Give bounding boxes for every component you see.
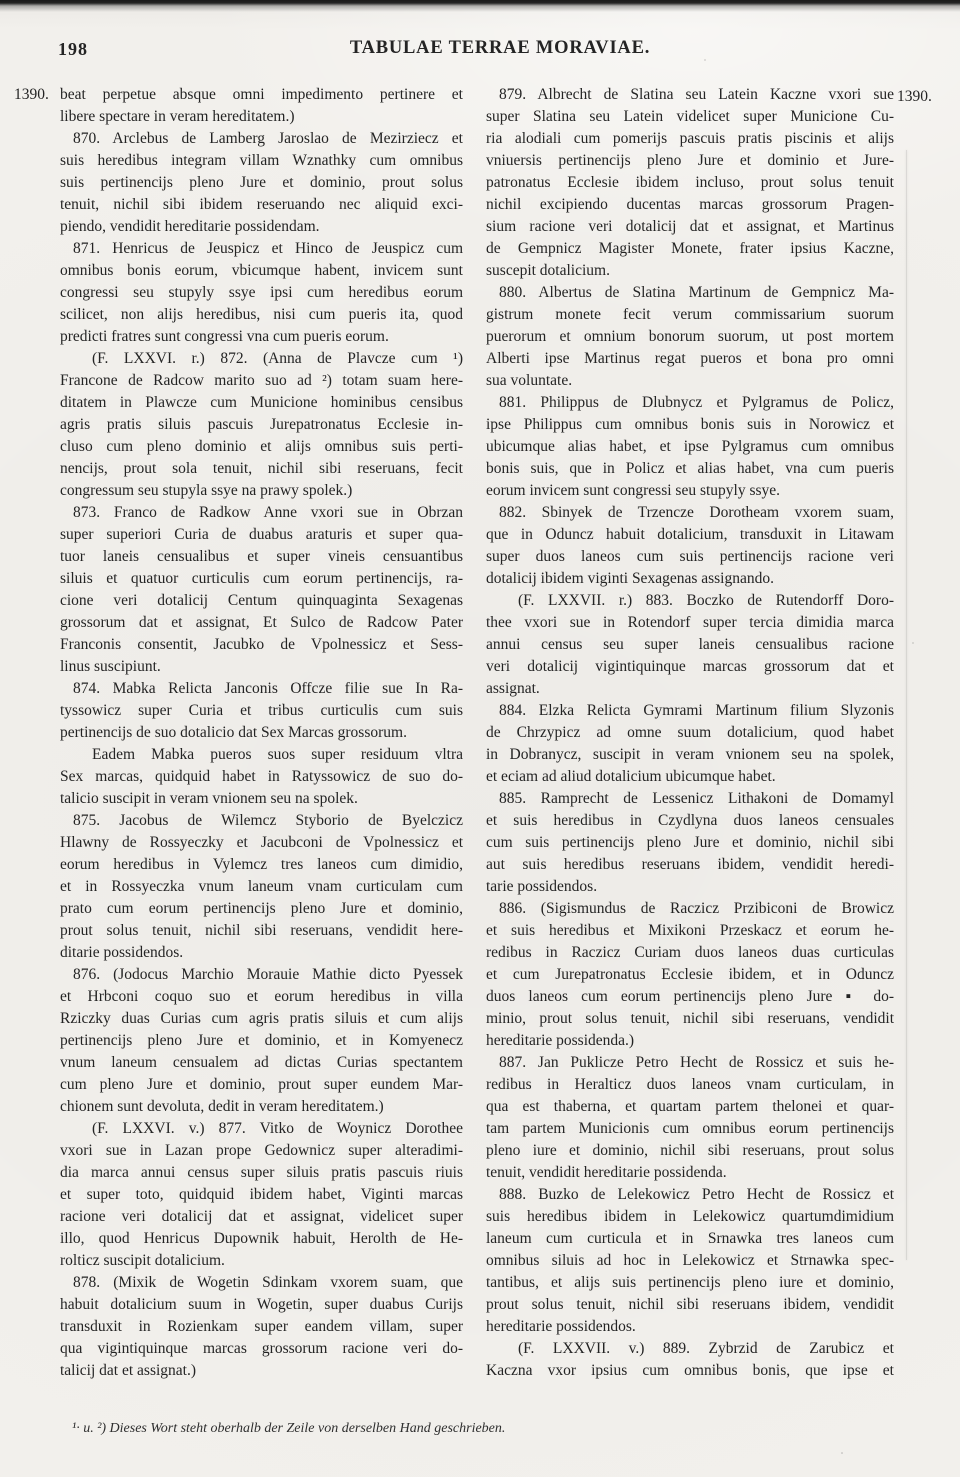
text-line: 886. (Sigismundus de Raczicz Przibiconi …: [486, 898, 894, 920]
text-line: super superiori Curia de duabus araturis…: [60, 524, 463, 546]
text-line: minio, prout solus tenuit, nichil sibi r…: [486, 1008, 894, 1030]
left-text-column: beat perpetue absque omni impedimento pe…: [60, 84, 463, 1382]
text-line: ubicumque alias habet, et ipse Pylgramus…: [486, 436, 894, 458]
text-line: vnum laneum censualem ad dictas Curias s…: [60, 1052, 463, 1074]
text-line: congressi seu stupyly ssye ipsi cum here…: [60, 282, 463, 304]
text-line: 879. Albrecht de Slatina seu Latein Kacz…: [486, 84, 894, 106]
text-line: duos laneos cum eorum pertinencijs pleno…: [486, 986, 894, 1008]
text-line: in Dobranycz, suscipit in veram vnionem …: [486, 744, 894, 766]
text-line: 875. Jacobus de Wilemcz Styborio de Byel…: [60, 810, 463, 832]
text-line: assignat.: [486, 678, 894, 700]
text-line: et super toto, quidquid ibidem habet, Vi…: [60, 1184, 463, 1206]
text-line: 881. Philippus de Dlubnycz et Pylgramus …: [486, 392, 894, 414]
text-line: et cum Jurepatronatus Ecclesie ibidem, e…: [486, 964, 894, 986]
text-line: suis pertinencijs pleno Jure et dominio,…: [60, 172, 463, 194]
text-line: sua voluntate.: [486, 370, 894, 392]
text-line: tyssowicz super Curia et tribus curticul…: [60, 700, 463, 722]
text-line: 884. Elzka Relicta Gymrami Martinum fili…: [486, 700, 894, 722]
text-line: ria alodiali cum pomerijs pascuis pratis…: [486, 128, 894, 150]
text-line: congressum seu stupyla ssye na prawy spo…: [60, 480, 463, 502]
scan-speck-artifact: [148, 1307, 150, 1309]
text-line: nencijs, prout sola tenuit, nichil sibi …: [60, 458, 463, 480]
text-line: grossorum dat et assignat, Et Sulco de R…: [60, 612, 463, 634]
scanned-book-page: 198 TABULAE TERRAE MORAVIAE. 1390. 1390.…: [0, 0, 960, 1477]
text-line: et eciam ad aliud dotalicium ubicumque h…: [486, 766, 894, 788]
text-line: chionem sunt devoluta, dedit in veram he…: [60, 1096, 463, 1118]
text-line: hereditarie possidenda.): [486, 1030, 894, 1052]
text-line: pertinencijs pleno Jure et dominio, et i…: [60, 1030, 463, 1052]
text-line: de Chrzypicz ad omne suum dotalicium, qu…: [486, 722, 894, 744]
text-line: 876. (Jodocus Marchio Morauie Mathie dic…: [60, 964, 463, 986]
text-line: (F. LXXVI. v.) 877. Vitko de Woynicz Dor…: [60, 1118, 463, 1140]
text-line: 885. Ramprecht de Lessenicz Lithakoni de…: [486, 788, 894, 810]
text-line: cluso cum pleno dominio et alijs omnibus…: [60, 436, 463, 458]
text-line: 880. Albertus de Slatina Martinum de Gem…: [486, 282, 894, 304]
text-line: suis heredibus ibidem in Lelekowicz quar…: [486, 1206, 894, 1228]
text-line: 874. Mabka Relicta Janconis Offcze filie…: [60, 678, 463, 700]
text-line: super Slatina seu Latein videlicet super…: [486, 106, 894, 128]
scan-speck-artifact: [912, 642, 914, 644]
text-line: bonis suis, que in Policz et alias habet…: [486, 458, 894, 480]
text-line: 870. Arclebus de Lamberg Jaroslao de Mez…: [60, 128, 463, 150]
text-line: ditarie possidendos.: [60, 942, 463, 964]
text-line: 871. Henricus de Jeuspicz et Hinco de Je…: [60, 238, 463, 260]
text-line: vniuersis pertinencijs pleno Jure et dom…: [486, 150, 894, 172]
text-line: laneum cum curticula et in Srnawka tres …: [486, 1228, 894, 1250]
text-line: et Hrbconi coquo suo et eorum heredibus …: [60, 986, 463, 1008]
text-line: redibus in Heralticz duos laneos vnam cu…: [486, 1074, 894, 1096]
text-line: cum pleno Jure et dominio, prout super e…: [60, 1074, 463, 1096]
text-line: agris pratis siluis pascuis Jurepatronat…: [60, 414, 463, 436]
text-line: aut suis heredibus reseruans ibidem, ven…: [486, 854, 894, 876]
margin-year-left: 1390.: [14, 84, 49, 106]
text-line: Kaczna vxor ipsius cum omnibus bonis, qu…: [486, 1360, 894, 1382]
text-line: vxori sue in Lazan prope Gedownicz super…: [60, 1140, 463, 1162]
text-line: qua vigintiquinque marcas grossorum raci…: [60, 1338, 463, 1360]
text-line: tarie possidendos.: [486, 876, 894, 898]
text-line: siluis et quatuor curticulis cum eorum p…: [60, 568, 463, 590]
text-line: omnibus bonis eorum, vbicumque habent, i…: [60, 260, 463, 282]
text-line: nichil excipiendo ducentas marcas grosso…: [486, 194, 894, 216]
text-line: (F. LXXVII. r.) 883. Boczko de Rutendorf…: [486, 590, 894, 612]
text-line: dia marca annui census super siluis prat…: [60, 1162, 463, 1184]
text-line: talicio suscipit in veram vnionem seu na…: [60, 788, 463, 810]
text-line: Sex marcas, quidquid habet in Ratyssowic…: [60, 766, 463, 788]
text-line: pleno iure et dominio, nichil sibi reser…: [486, 1140, 894, 1162]
text-line: 888. Buzko de Lelekowicz Petro Hecht de …: [486, 1184, 894, 1206]
text-line: annui census seu super laneis censualibu…: [486, 634, 894, 656]
text-line: scilicet, non alijs heredibus, nisi cum …: [60, 304, 463, 326]
text-line: puerorum et omnium bonorum suorum, ut po…: [486, 326, 894, 348]
text-line: redibus in Raczicz Curiam duos laneos du…: [486, 942, 894, 964]
text-line: predicti fratres sunt congressi vna cum …: [60, 326, 463, 348]
text-line: Alberti ipse Martinus regat pueros et bo…: [486, 348, 894, 370]
text-line: et suis heredibus et Mixikoni Przeskacz …: [486, 920, 894, 942]
text-line: tam partem Municionis cum omnibus eorum …: [486, 1118, 894, 1140]
text-line: qua est thaberna, et quartam partem thel…: [486, 1096, 894, 1118]
text-line: Francone de Radcow marito suo ad ²) tota…: [60, 370, 463, 392]
text-line: cione veri dotalicij Centum quinquaginta…: [60, 590, 463, 612]
text-line: eorum heredibus in Vylemcz tres laneos c…: [60, 854, 463, 876]
text-line: rolticz suscipit dotalicium.: [60, 1250, 463, 1272]
text-line: (F. LXXVI. r.) 872. (Anna de Plavcze cum…: [60, 348, 463, 370]
text-line: hereditarie possidendos.: [486, 1316, 894, 1338]
text-line: 873. Franco de Radkow Anne vxori sue in …: [60, 502, 463, 524]
text-line: Hlawny de Rossyeczky et Jacubconi de Vpo…: [60, 832, 463, 854]
text-line: de Gempnicz Magister Monete, frater ipsi…: [486, 238, 894, 260]
text-line: transduxit in Rozienkam super eandem vil…: [60, 1316, 463, 1338]
text-line: (F. LXXVII. v.) 889. Zybrzid de Zarubicz…: [486, 1338, 894, 1360]
right-text-column: 879. Albrecht de Slatina seu Latein Kacz…: [486, 84, 894, 1382]
text-line: ditatem in Plawcze cum Municione hominib…: [60, 392, 463, 414]
text-line: tenuit, vendidit hereditarie possidenda.: [486, 1162, 894, 1184]
scan-edge-artifact: [0, 0, 960, 12]
text-line: super duos laneos cum suis pertinencijs …: [486, 546, 894, 568]
scan-speck-artifact: [417, 96, 419, 98]
text-line: libere spectare in veram hereditatem.): [60, 106, 463, 128]
text-line: tantibus, et alijs suis pertinencijs ple…: [486, 1272, 894, 1294]
text-line: tuor laneis censualibus et super vineis …: [60, 546, 463, 568]
text-line: prout solus tenuit, nichil sibi reseruan…: [486, 1294, 894, 1316]
scan-speck-artifact: [704, 59, 706, 61]
text-line: ipse Philippus cum omnibus bonis suis in…: [486, 414, 894, 436]
text-line: patronatus Ecclesie ibidem incluso, prou…: [486, 172, 894, 194]
text-line: dotalicij ibidem viginti Sexagenas assig…: [486, 568, 894, 590]
text-line: racione veri dotalicij dat et assignat, …: [60, 1206, 463, 1228]
scan-crease-artifact: [906, 150, 907, 1260]
text-line: piendo, vendidit hereditarie possidendam…: [60, 216, 463, 238]
text-line: prato cum eorum pertinencijs pleno Jure …: [60, 898, 463, 920]
text-line: suscepit dotalicium.: [486, 260, 894, 282]
footnote: ¹· u. ²) Dieses Wort steht oberhalb der …: [72, 1420, 612, 1438]
text-line: Eadem Mabka pueros suos super residuum v…: [60, 744, 463, 766]
text-line: que in Oduncz habuit dotalicium, transdu…: [486, 524, 894, 546]
running-header-title: TABULAE TERRAE MORAVIAE.: [40, 38, 960, 59]
text-line: sium racione veri dotalicij dat et assig…: [486, 216, 894, 238]
text-line: linus suscipiunt.: [60, 656, 463, 678]
text-line: illo, quod Henricus Dupownik habuit, Her…: [60, 1228, 463, 1250]
text-line: Franconis consentit, Jacubko de Vpolness…: [60, 634, 463, 656]
text-line: thee vxori sue in Rotendorf super tercia…: [486, 612, 894, 634]
text-line: veri dotalicij vigintiquinque marcas gro…: [486, 656, 894, 678]
text-line: talicij dat et assignat.): [60, 1360, 463, 1382]
text-line: eorum invicem sunt congressi seu stupyly…: [486, 480, 894, 502]
text-line: 882. Sbinyek de Trzencze Dorotheam vxore…: [486, 502, 894, 524]
text-line: beat perpetue absque omni impedimento pe…: [60, 84, 463, 106]
text-line: Rziczky duas Curias cum agris pratis sil…: [60, 1008, 463, 1030]
text-line: habuit dotalicium suum in Wogetin, super…: [60, 1294, 463, 1316]
text-line: gistrum monete fecit verum commissarium …: [486, 304, 894, 326]
text-line: et suis heredibus in Czydlyna duos laneo…: [486, 810, 894, 832]
text-line: pertinencijs de suo dotalicio dat Sex Ma…: [60, 722, 463, 744]
text-line: cum suis pertinencijs pleno Jure et domi…: [486, 832, 894, 854]
text-line: 878. (Mixik de Wogetin Sdinkam vxorem su…: [60, 1272, 463, 1294]
text-line: suis heredibus integram villam Wznathky …: [60, 150, 463, 172]
text-line: prout solus tenuit, nichil sibi reseruan…: [60, 920, 463, 942]
text-line: et in Rossyeczka vnum laneum vnam curtic…: [60, 876, 463, 898]
margin-year-right: 1390.: [897, 86, 932, 108]
scan-speck-artifact: [841, 1452, 843, 1454]
text-line: omnibus siluis ad hoc in Lelekowicz et S…: [486, 1250, 894, 1272]
text-line: 887. Jan Puklicze Petro Hecht de Rossicz…: [486, 1052, 894, 1074]
text-line: tenuit, nichil sibi ibidem reseruando ne…: [60, 194, 463, 216]
